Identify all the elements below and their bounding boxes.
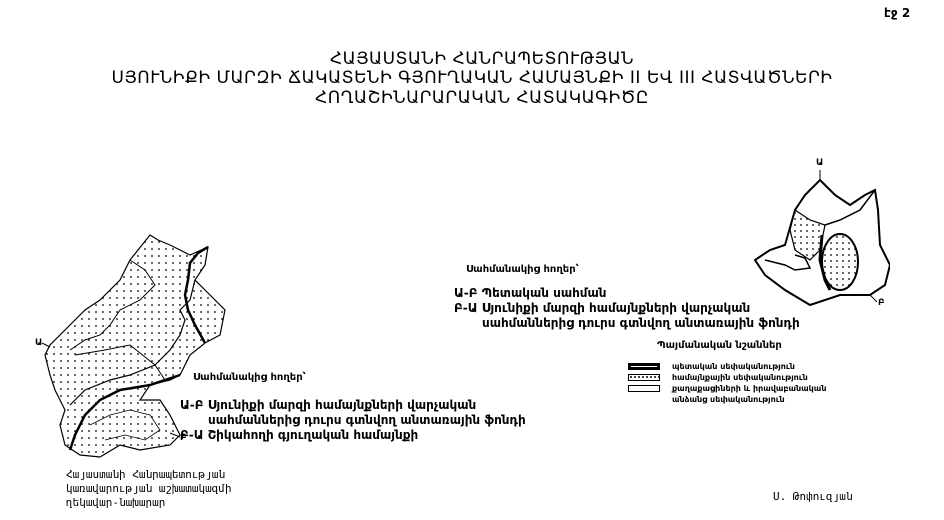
adjacent-list-iii: Ա-Բ Պետական սահման Բ-Ա Սյունիքի մարզի հա… <box>454 286 800 331</box>
legend-swatch-solid <box>628 363 660 370</box>
adjacent-list-ii: Ա-Բ Սյունիքի մարզի համայնքների վարչական … <box>180 398 526 443</box>
adjacent-item-cont: սահմաններից դուրս գտնվող անտառային ֆոնդի <box>180 413 526 428</box>
adjacent-item: Ա-Բ Սյունիքի մարզի համայնքների վարչական <box>180 398 526 413</box>
title-line-3: ՀՈՂԱՇԻՆԱՐԱՐԱԿԱՆ ՀԱՏԱԿԱԳԻԾԸ <box>0 89 944 108</box>
signatory-title-2: կառավարության աշխատակազմի <box>66 482 232 496</box>
adjacent-item: Բ-Ա Շիկահողի գյուղական համայնքի <box>180 428 526 443</box>
legend-swatch-empty <box>628 385 660 392</box>
map-iii-point-a: Ա <box>816 158 823 168</box>
map-ii-point-a: Ա <box>35 338 42 348</box>
legend: պետական սեփականություն համայնքային սեփակ… <box>628 361 826 405</box>
legend-title: Պայմանական նշաններ <box>657 340 782 351</box>
adjacent-heading-ii: Սահմանակից հողեր՝ <box>193 372 306 383</box>
adjacent-item: Բ-Ա Սյունիքի մարզի համայնքների վարչական <box>454 301 800 316</box>
legend-swatch-dotted <box>628 374 660 381</box>
adjacent-heading-iii: Սահմանակից հողեր՝ <box>466 264 579 275</box>
adjacent-item: Ա-Բ Պետական սահման <box>454 286 800 301</box>
signature-block: Հայաստանի Հանրապետության կառավարության ա… <box>66 468 232 510</box>
signatory-title-3: ղեկավար-նախարար <box>66 496 232 510</box>
signatory-title-1: Հայաստանի Հանրապետության <box>66 468 232 482</box>
map-iii-point-b: Բ <box>878 298 885 308</box>
signatory-name: Ս. Թոփուզյան <box>773 490 852 504</box>
legend-item-state: պետական սեփականություն <box>628 361 826 371</box>
title-line-2: ՍՅՈՒՆԻՔԻ ՄԱՐԶԻ ՃԱԿԱՏԵՆԻ ԳՅՈՒՂԱԿԱՆ ՀԱՄԱՅՆ… <box>0 69 944 88</box>
title-line-1: ՀԱՅԱՍՏԱՆԻ ՀԱՆՐԱՊԵՏՈՒԹՅԱՆ <box>0 50 944 69</box>
adjacent-item-cont: սահմաններից դուրս գտնվող անտառային ֆոնդի <box>454 316 800 331</box>
legend-item-private-cont: անձանց սեփականություն <box>672 395 785 404</box>
page-number: էջ 2 <box>884 6 910 20</box>
legend-item-private: քաղաքացիների և իրավաբանական <box>628 383 826 393</box>
legend-item-community: համայնքային սեփականություն <box>628 372 826 382</box>
